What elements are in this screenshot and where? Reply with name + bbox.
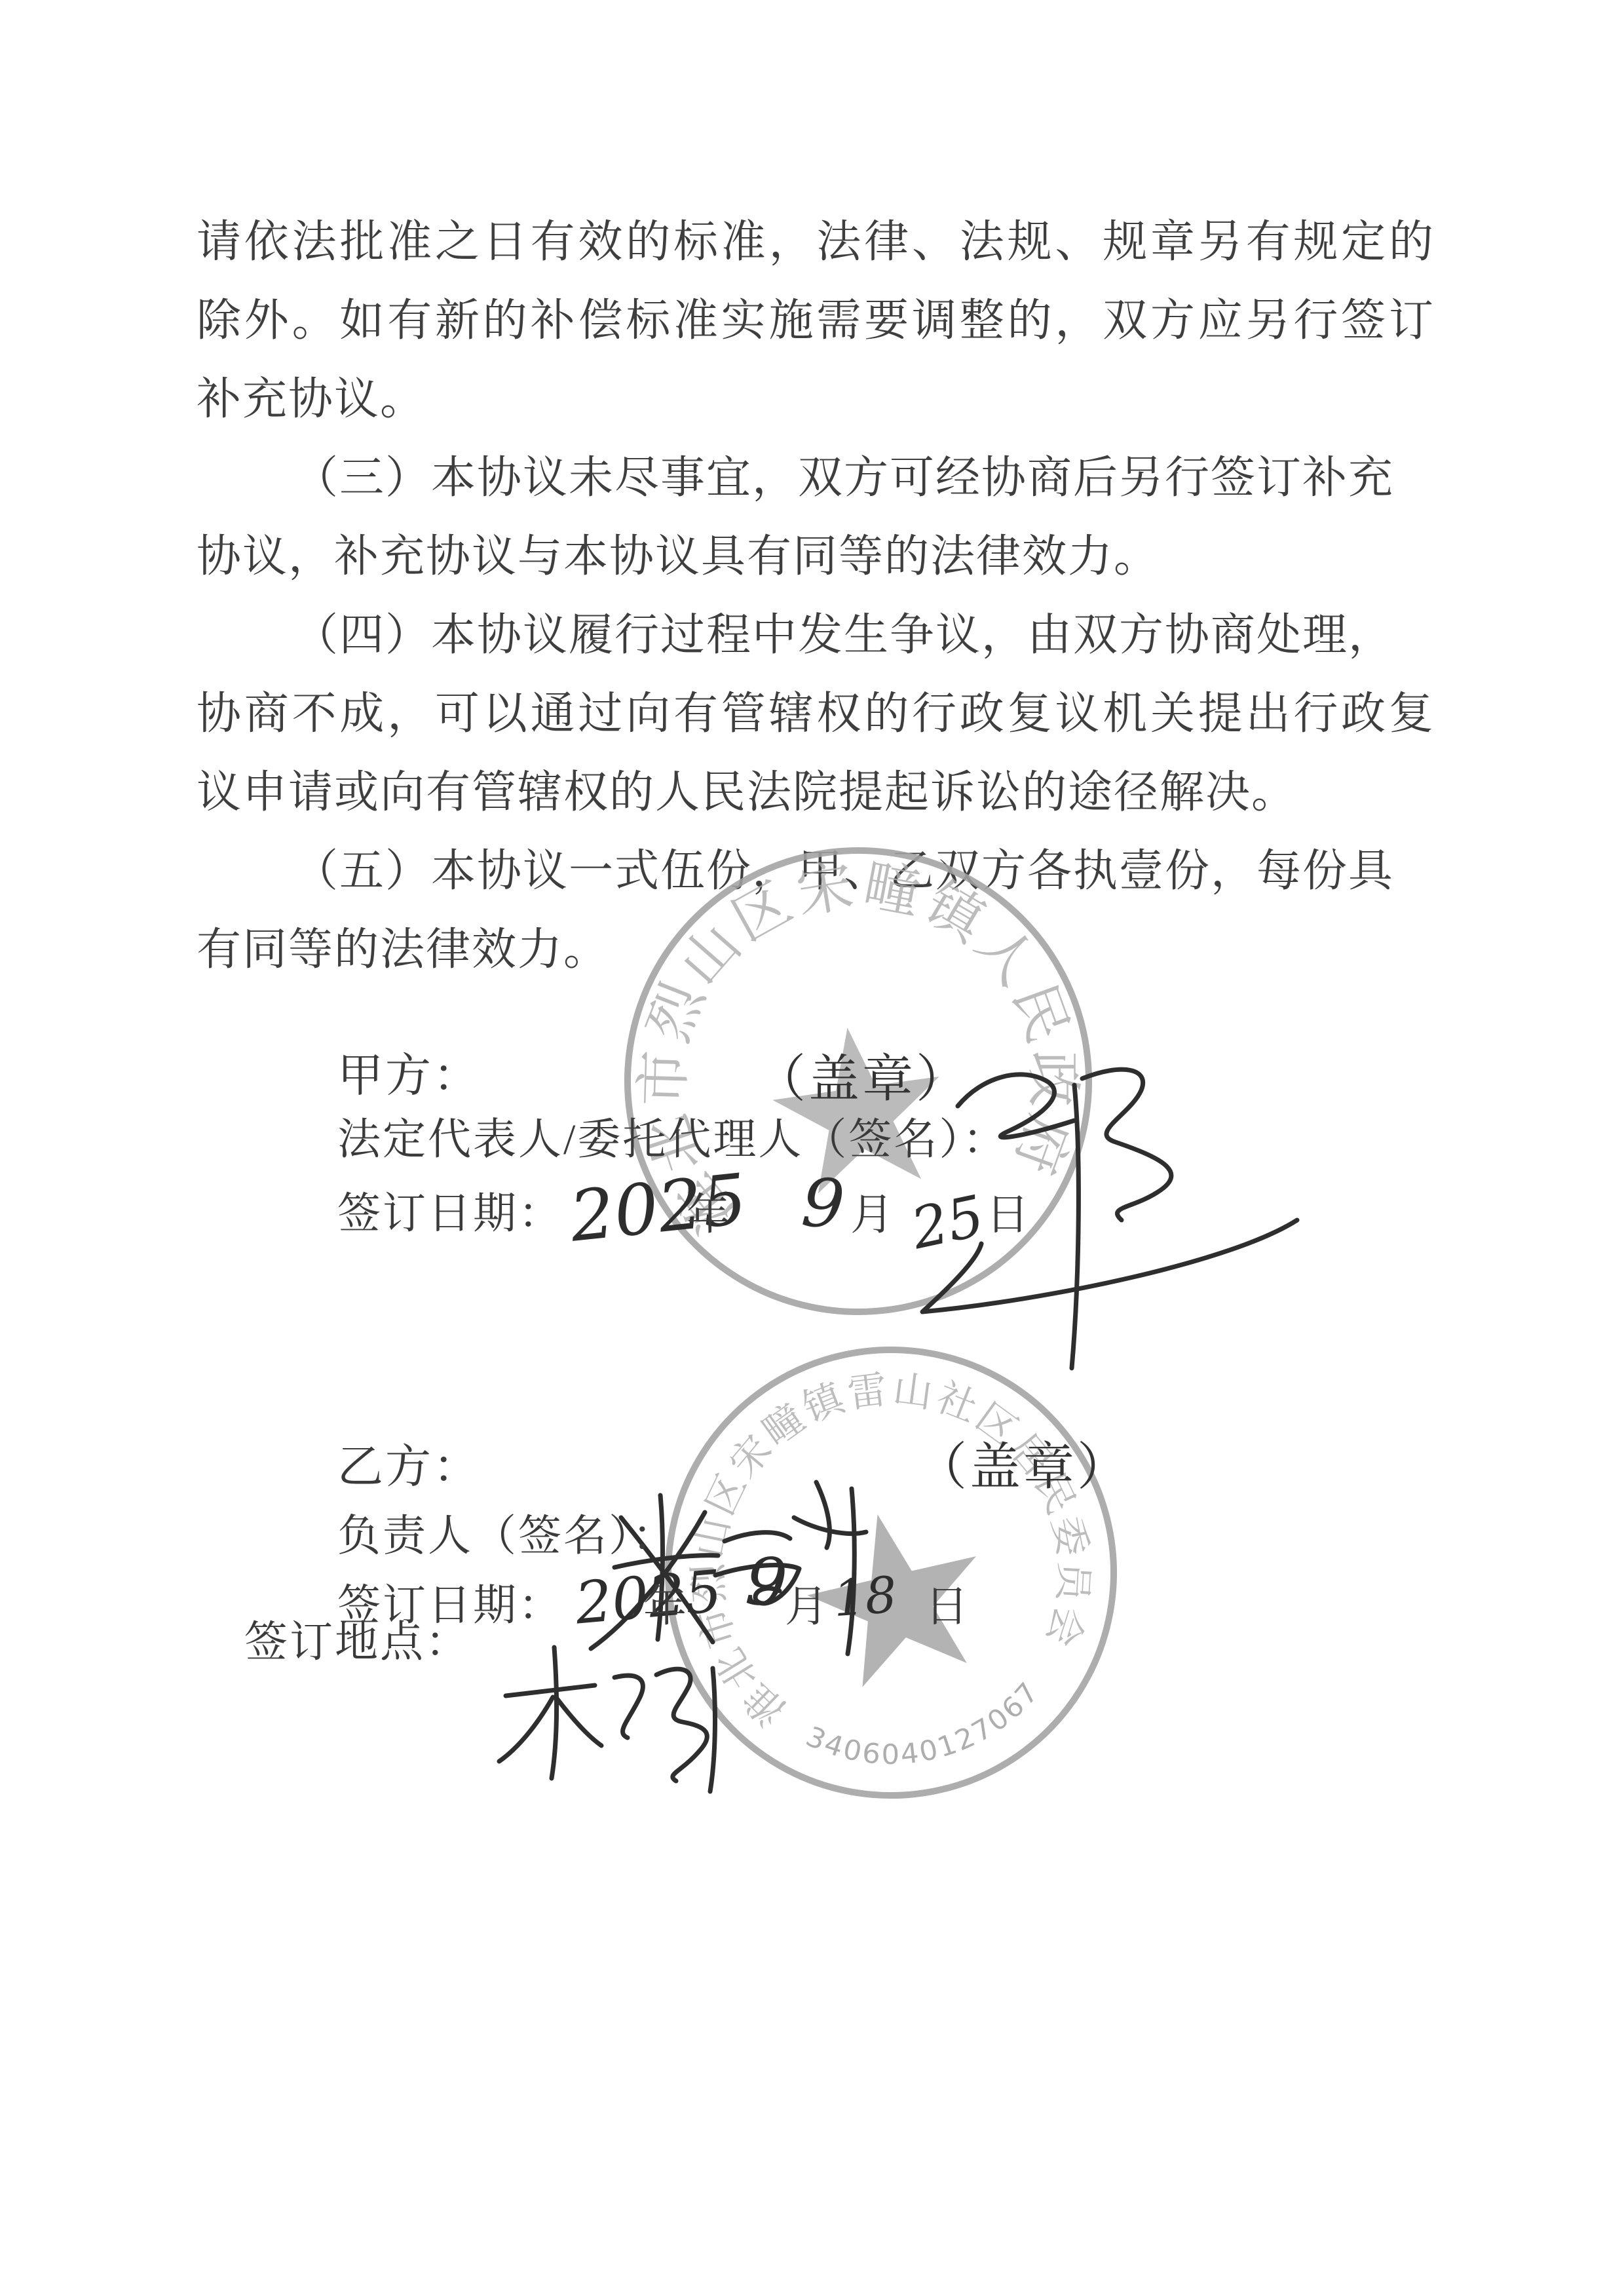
party-b-year-suffix: 年 — [643, 1571, 689, 1634]
party-a-stamp-note: （盖章） — [755, 1038, 970, 1111]
party-b-label: 乙方： — [337, 1430, 481, 1496]
party-a-year-suffix: 年 — [687, 1179, 732, 1242]
svg-text:3406040127067: 3406040127067 — [795, 1668, 1055, 1794]
signing-location-label: 签订地点： — [244, 1607, 470, 1669]
party-a-month-suffix: 月 — [850, 1179, 896, 1242]
signing-location-handwriting — [499, 1647, 715, 1791]
scanned-agreement-page: 请依法批准之日有效的标准，法律、法规、规章另有规定的 除外。如有新的补偿标准实施… — [0, 0, 1624, 2296]
party-a-representative-label: 法定代表人/委托代理人（签名）： — [337, 1104, 1008, 1166]
party-a-day-suffix: 日 — [986, 1179, 1031, 1242]
party-a-date-label: 签订日期： — [337, 1178, 563, 1240]
party-b-month-suffix: 月 — [785, 1571, 830, 1634]
party-b-handwritten-month: 9 — [744, 1542, 789, 1621]
party-a-handwritten-month: 9 — [799, 1164, 847, 1244]
party-a-label: 甲方： — [337, 1039, 481, 1105]
party-b-stamp-note: （盖章） — [916, 1426, 1131, 1499]
party-b-day-suffix: 日 — [925, 1571, 970, 1634]
seal-b-code-text: 3406040127067 — [795, 1668, 1055, 1794]
party-b-handwritten-day: 18 — [831, 1565, 899, 1628]
party-b-responsible-label: 负责人（签名）： — [337, 1501, 677, 1563]
